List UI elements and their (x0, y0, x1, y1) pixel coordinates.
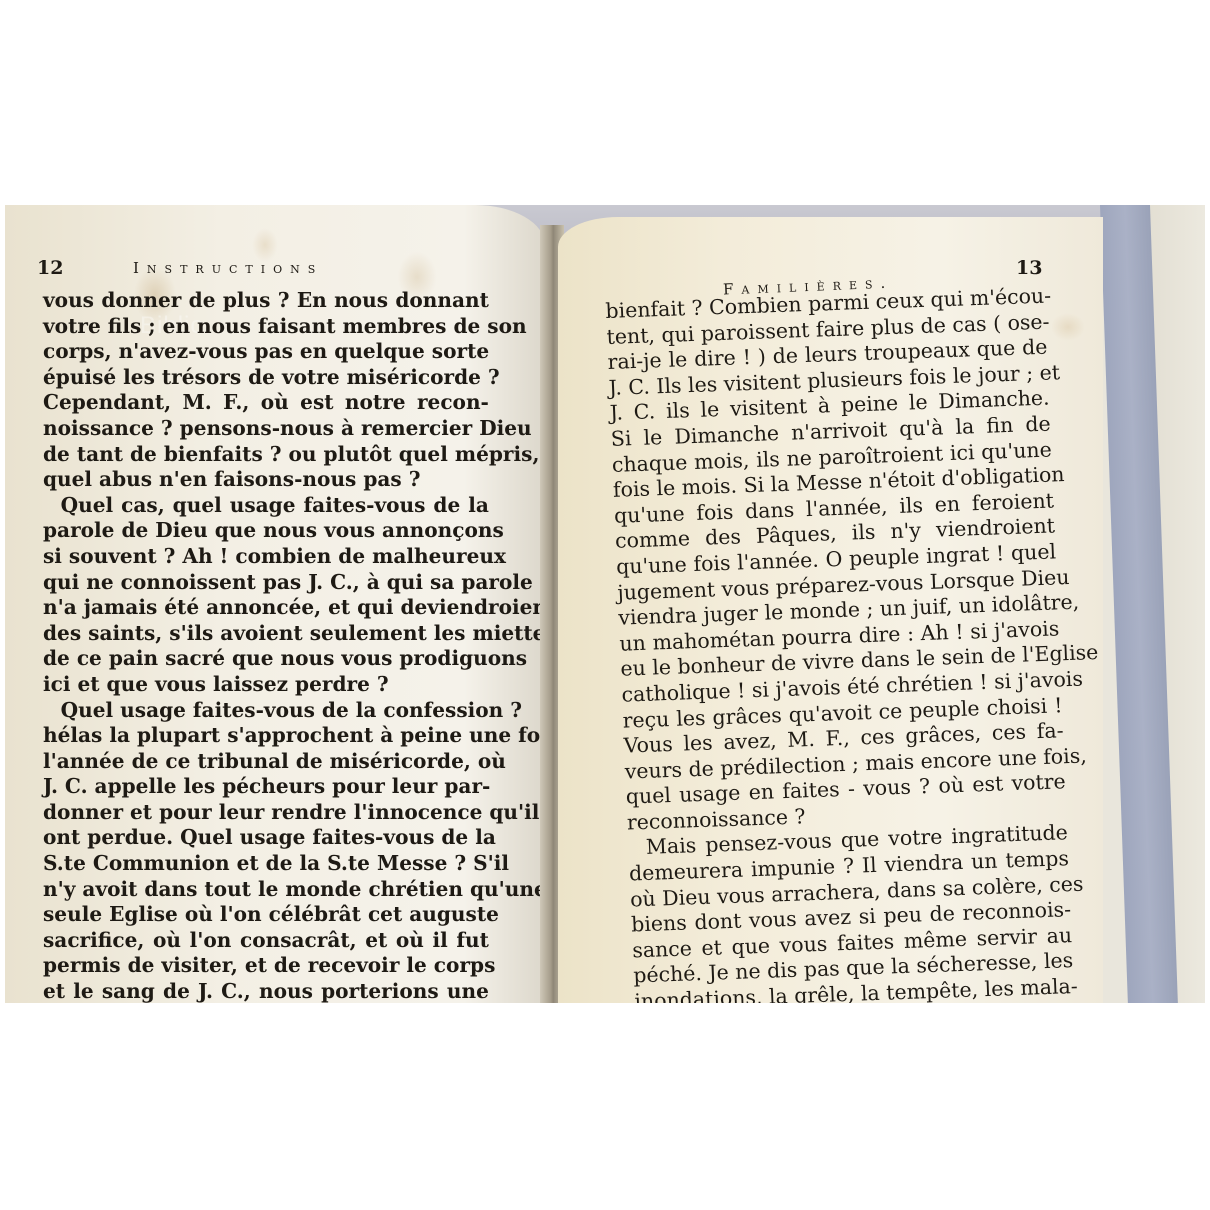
text-line: et le sang de J. C., nous porterions une (43, 979, 489, 1003)
text-line: quel abus n'en faisons-nous pas ? (43, 467, 489, 493)
text-line: si souvent ? Ah ! combien de malheureux (43, 544, 489, 570)
text-line: de ce pain sacré que nous vous prodiguon… (43, 646, 489, 672)
text-line: J. C. appelle les pécheurs pour leur par… (43, 774, 489, 800)
text-line: hélas la plupart s'approchent à peine un… (43, 723, 489, 749)
text-line: vous donner de plus ? En nous donnant (43, 288, 489, 314)
left-page: 12 Instructions Biblio vous donner de pl… (5, 205, 545, 1003)
text-line: Cependant, M. F., où est notre recon- (43, 390, 489, 416)
text-line: noissance ? pensons-nous à remercier Die… (43, 416, 489, 442)
text-line: qui ne connoissent pas J. C., à qui sa p… (43, 570, 489, 596)
text-line: seule Eglise où l'on célébrât cet august… (43, 902, 489, 928)
text-line: sacrifice, où l'on consacrât, et où il f… (43, 928, 489, 954)
left-page-text: vous donner de plus ? En nous donnantvot… (43, 288, 489, 1003)
right-page-text: bienfait ? Combien parmi ceux qui m'écou… (605, 284, 1076, 1003)
text-line: n'y avoit dans tout le monde chrétien qu… (43, 877, 489, 903)
text-line: Quel cas, quel usage faites-vous de la (43, 493, 489, 519)
text-line: permis de visiter, et de recevoir le cor… (43, 953, 489, 979)
text-line: parole de Dieu que nous vous annonçons (43, 518, 489, 544)
text-line: votre fils ; en nous faisant membres de … (43, 314, 489, 340)
text-line: l'année de ce tribunal de miséricorde, o… (43, 749, 489, 775)
text-line: n'a jamais été annoncée, et qui deviendr… (43, 595, 489, 621)
text-line: ici et que vous laissez perdre ? (43, 672, 489, 698)
text-line: épuisé les trésors de votre miséricorde … (43, 365, 489, 391)
text-line: Quel usage faites-vous de la confession … (43, 698, 489, 724)
text-line: corps, n'avez-vous pas en quelque sorte (43, 339, 489, 365)
text-line: donner et pour leur rendre l'innocence q… (43, 800, 489, 826)
text-line: ont perdue. Quel usage faites-vous de la (43, 825, 489, 851)
running-head-left: Instructions (133, 259, 323, 277)
book-photo: 12 Instructions Biblio vous donner de pl… (5, 205, 1205, 1003)
text-line: S.te Communion et de la S.te Messe ? S'i… (43, 851, 489, 877)
right-page: 13 Familières. bienfait ? Combien parmi … (558, 217, 1103, 1003)
text-line: de tant de bienfaits ? ou plutôt quel mé… (43, 442, 489, 468)
page-number-right: 13 (1016, 257, 1042, 279)
text-line: des saints, s'ils avoient seulement les … (43, 621, 489, 647)
page-number-left: 12 (37, 257, 63, 279)
